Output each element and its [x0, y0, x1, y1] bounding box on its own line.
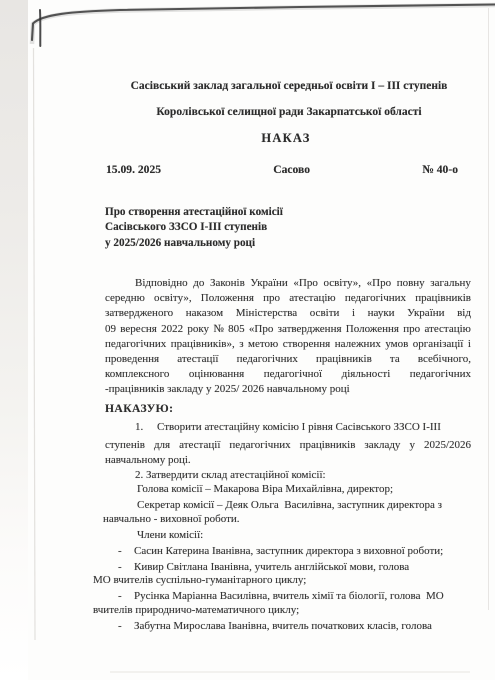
member-3-text-line2: вчителів природничо-математичного циклу;: [93, 604, 491, 618]
order-date: 15.09. 2025: [106, 163, 161, 176]
committee-member-3: -Русінка Маріанна Василівна, вчитель хім…: [105, 590, 491, 604]
preamble-paragraph: ВідповіднодоЗаконівУкраїни«Проосвіту»,«П…: [105, 276, 471, 398]
preamble-line: середнюосвіту»,Положенняпроатестаціюпеда…: [105, 291, 471, 306]
organization-header: Сасівський заклад загальної середньої ос…: [100, 74, 478, 125]
organization-name-line1: Сасівський заклад загальної середньої ос…: [100, 74, 478, 100]
committee-head-line: Голова комісії – Макарова Віра Михайлівн…: [137, 483, 491, 497]
order-subject: Про створення атестаційної комісії Сасів…: [105, 205, 471, 251]
preamble-line: 09вересня2022року№805«ПрозатвердженняПол…: [105, 322, 471, 337]
item-1-text-line1: Створити атестаційну комісію І рівня Сас…: [157, 421, 441, 433]
member-3-text-line1: Русінка Маріанна Василівна, вчитель хімі…: [134, 590, 444, 602]
preamble-line: комплексногооцінюванняпедагогічноїдіяльн…: [105, 367, 471, 382]
subject-line2: Сасівського ЗЗСО І-ІІІ ступенів: [105, 220, 471, 235]
date-place-number-line: 15.09. 2025 Сасово № 40-о: [106, 163, 458, 176]
member-1-text: Сасин Катерина Іванівна, заступник дирек…: [134, 545, 443, 557]
list-dash: -: [118, 620, 122, 634]
order-item-1: 1.Створити атестаційну комісію І рівня С…: [105, 421, 495, 433]
subject-line1: Про створення атестаційної комісії: [105, 205, 471, 220]
committee-composition-list: Голова комісії – Макарова Віра Михайлівн…: [105, 483, 491, 633]
member-2-text-line2: МО вчителів суспільно-гуманітарного цикл…: [93, 574, 491, 588]
member-2-text-line1: Кивир Світлана Іванівна, учитель англійс…: [134, 561, 409, 573]
list-dash: -: [118, 561, 122, 575]
item-1-text-line2: ступенівдляатестаціїпедагогічнихпрацівни…: [105, 439, 471, 451]
order-number: № 40-о: [422, 163, 458, 176]
preamble-line: проведенняатестаціїпедагогічнихпрацівник…: [105, 352, 471, 367]
list-dash: -: [118, 545, 122, 559]
committee-secretary-line1: Секретар комісії – Деяк Ольга Василівна,…: [137, 499, 491, 513]
committee-member-2: -Кивир Світлана Іванівна, учитель англій…: [105, 561, 491, 575]
committee-member-1: -Сасин Катерина Іванівна, заступник дире…: [105, 545, 491, 559]
item-1-number: 1.: [135, 421, 157, 433]
committee-members-label: Члени комісії:: [137, 529, 491, 543]
committee-secretary-line2: навчально - виховної роботи.: [103, 513, 491, 527]
order-item-2: 2. Затвердити склад атестаційної комісії…: [105, 469, 495, 481]
order-place: Сасово: [161, 163, 422, 176]
subject-line3: у 2025/2026 навчальному році: [105, 236, 471, 251]
organization-name-line2: Королівської селищної ради Закарпатської…: [100, 100, 478, 126]
member-4-text: Забутна Мирослава Іванівна, вчитель поча…: [134, 620, 432, 632]
preamble-line: затвердженогонаказомМіністерстваосвітиін…: [105, 306, 471, 321]
document-type-title: НАКАЗ: [105, 131, 467, 146]
document-content: Сасівський заклад загальної середньої ос…: [0, 0, 495, 680]
resolve-heading: НАКАЗУЮ:: [105, 402, 173, 415]
preamble-line: ВідповіднодоЗаконівУкраїни«Проосвіту»,«П…: [105, 276, 471, 291]
preamble-line: -працівників закладу у 2025/ 2026 навчал…: [105, 382, 471, 397]
scanned-order-document: Сасівський заклад загальної середньої ос…: [0, 0, 495, 680]
item-1-text-line3: навчальному році.: [105, 454, 471, 466]
preamble-line: педагогічнихпрацівників»,зметоюстворення…: [105, 337, 471, 352]
list-dash: -: [118, 590, 122, 604]
committee-member-4: -Забутна Мирослава Іванівна, вчитель поч…: [105, 620, 491, 634]
